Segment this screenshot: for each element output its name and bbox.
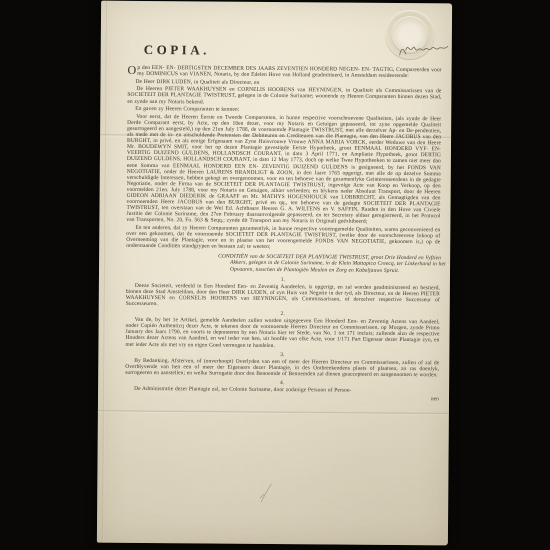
paragraph: Voor eerst, dat de Heeren Eerste en Twee… — [126, 114, 441, 226]
paragraph: Op den EEN- EN- DERTIGSTEN DECEMBER DES … — [128, 65, 442, 80]
drop-cap: O — [128, 65, 138, 75]
paragraph: CONDITIËN van de SOCIETEIT DER PLANTAGIE… — [218, 254, 452, 274]
paragraph: Van de, by het 1e Artikel, gemelde Aande… — [125, 317, 439, 350]
document-body: Op den EEN- EN- DERTIGSTEN DECEMBER DES … — [125, 65, 442, 395]
paragraph: En ten anderen, dat zy Heeren Comparante… — [126, 225, 440, 252]
document-title: COPIA. — [144, 47, 442, 55]
fold-crease-lower — [98, 410, 449, 416]
paragraph: By Bedanking, Afsterven, of (onverhoopt)… — [125, 358, 439, 379]
document-page: COPIA. Op den EEN- EN- DERTIGSTEN DECEMB… — [97, 1, 452, 546]
catchword: nen — [125, 394, 439, 403]
paragraph: De Heeren PIETER WAAKHUYSEN en CORNELIS … — [127, 86, 441, 107]
ink-flourish — [257, 482, 275, 504]
document-text-column: COPIA. Op den EEN- EN- DERTIGSTEN DECEMB… — [125, 47, 442, 402]
paragraph: Deeze Societeit, verdeeld in Een Honderd… — [126, 283, 440, 310]
photo-background: COPIA. Op den EEN- EN- DERTIGSTEN DECEMB… — [0, 0, 550, 550]
fold-crease-left — [102, 1, 108, 543]
